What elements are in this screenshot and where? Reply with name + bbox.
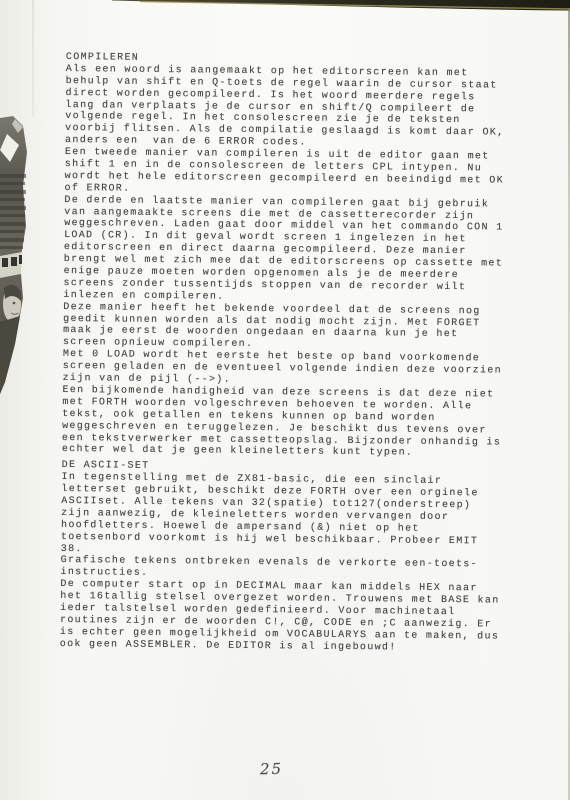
scanned-book-page: { "colors": { "paper": "#f8f8f5", "ink":… — [0, 0, 570, 800]
photo-fragment — [0, 116, 30, 408]
section-lines: In tegenstelling met de ZX81-basic, die … — [60, 472, 517, 655]
section-lines: Als een woord is aangemaakt op het edito… — [62, 64, 521, 461]
gutter-line — [32, 0, 34, 118]
text-block: COMPILEREN Als een woord is aangemaakt o… — [60, 52, 521, 655]
top-edge-shadow — [0, 0, 570, 12]
page-number: 25 — [260, 760, 284, 779]
section-ascii-set: DE ASCII-SET In tegenstelling met de ZX8… — [60, 460, 517, 655]
section-compileren: COMPILEREN Als een woord is aangemaakt o… — [62, 52, 521, 461]
